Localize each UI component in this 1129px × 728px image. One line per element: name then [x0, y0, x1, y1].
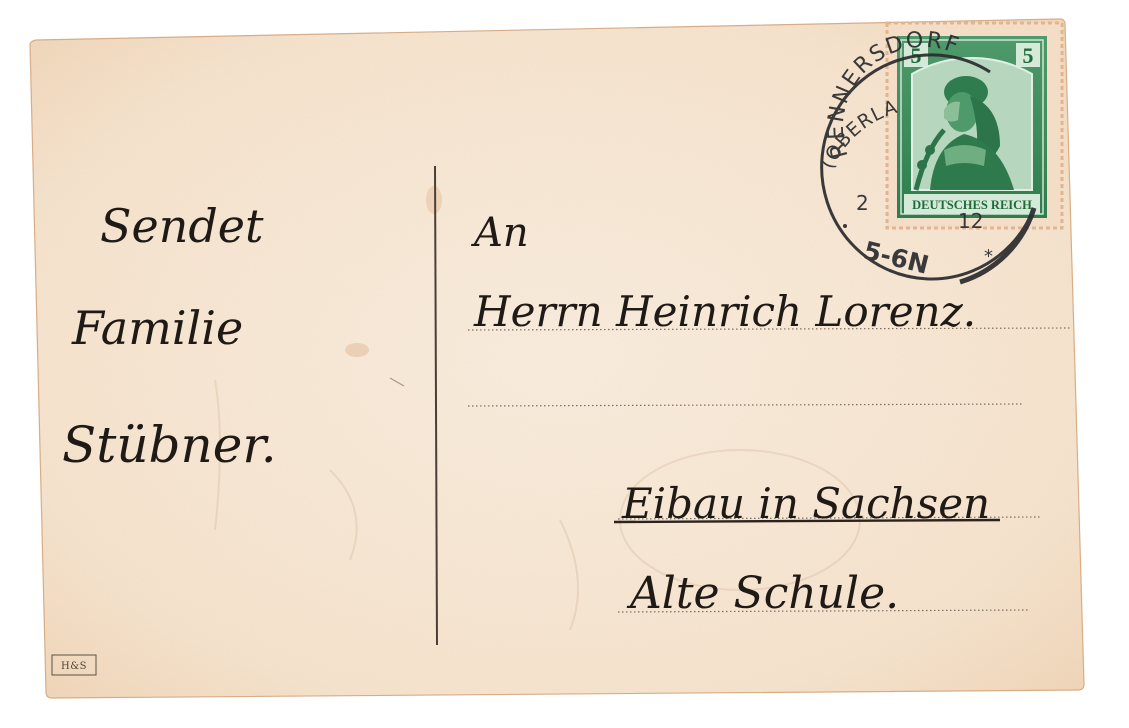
sender-line-2: Familie — [71, 301, 243, 355]
stain — [345, 343, 369, 357]
postage-stamp: 5 5 DEUTSCHES REICH — [887, 23, 1062, 228]
postmark-month: 12 — [958, 209, 983, 233]
postmark-star: * — [984, 246, 993, 267]
sender-line-3: Stübner. — [62, 416, 277, 474]
recipient-name: Herrn Heinrich Lorenz. — [473, 287, 976, 336]
recipient-salutation: An — [470, 210, 529, 256]
stamp-value-right: 5 — [1023, 43, 1034, 68]
postcard: Sendet Familie Stübner. An Herrn Heinric… — [0, 0, 1129, 728]
postmark-day: 2 — [856, 191, 869, 215]
postcard-canvas: Sendet Familie Stübner. An Herrn Heinric… — [0, 0, 1129, 728]
stain — [426, 186, 442, 214]
recipient-address: Alte Schule. — [626, 568, 899, 619]
publisher-mark-text: H&S — [61, 661, 87, 672]
sender-line-1: Sendet — [100, 199, 264, 253]
